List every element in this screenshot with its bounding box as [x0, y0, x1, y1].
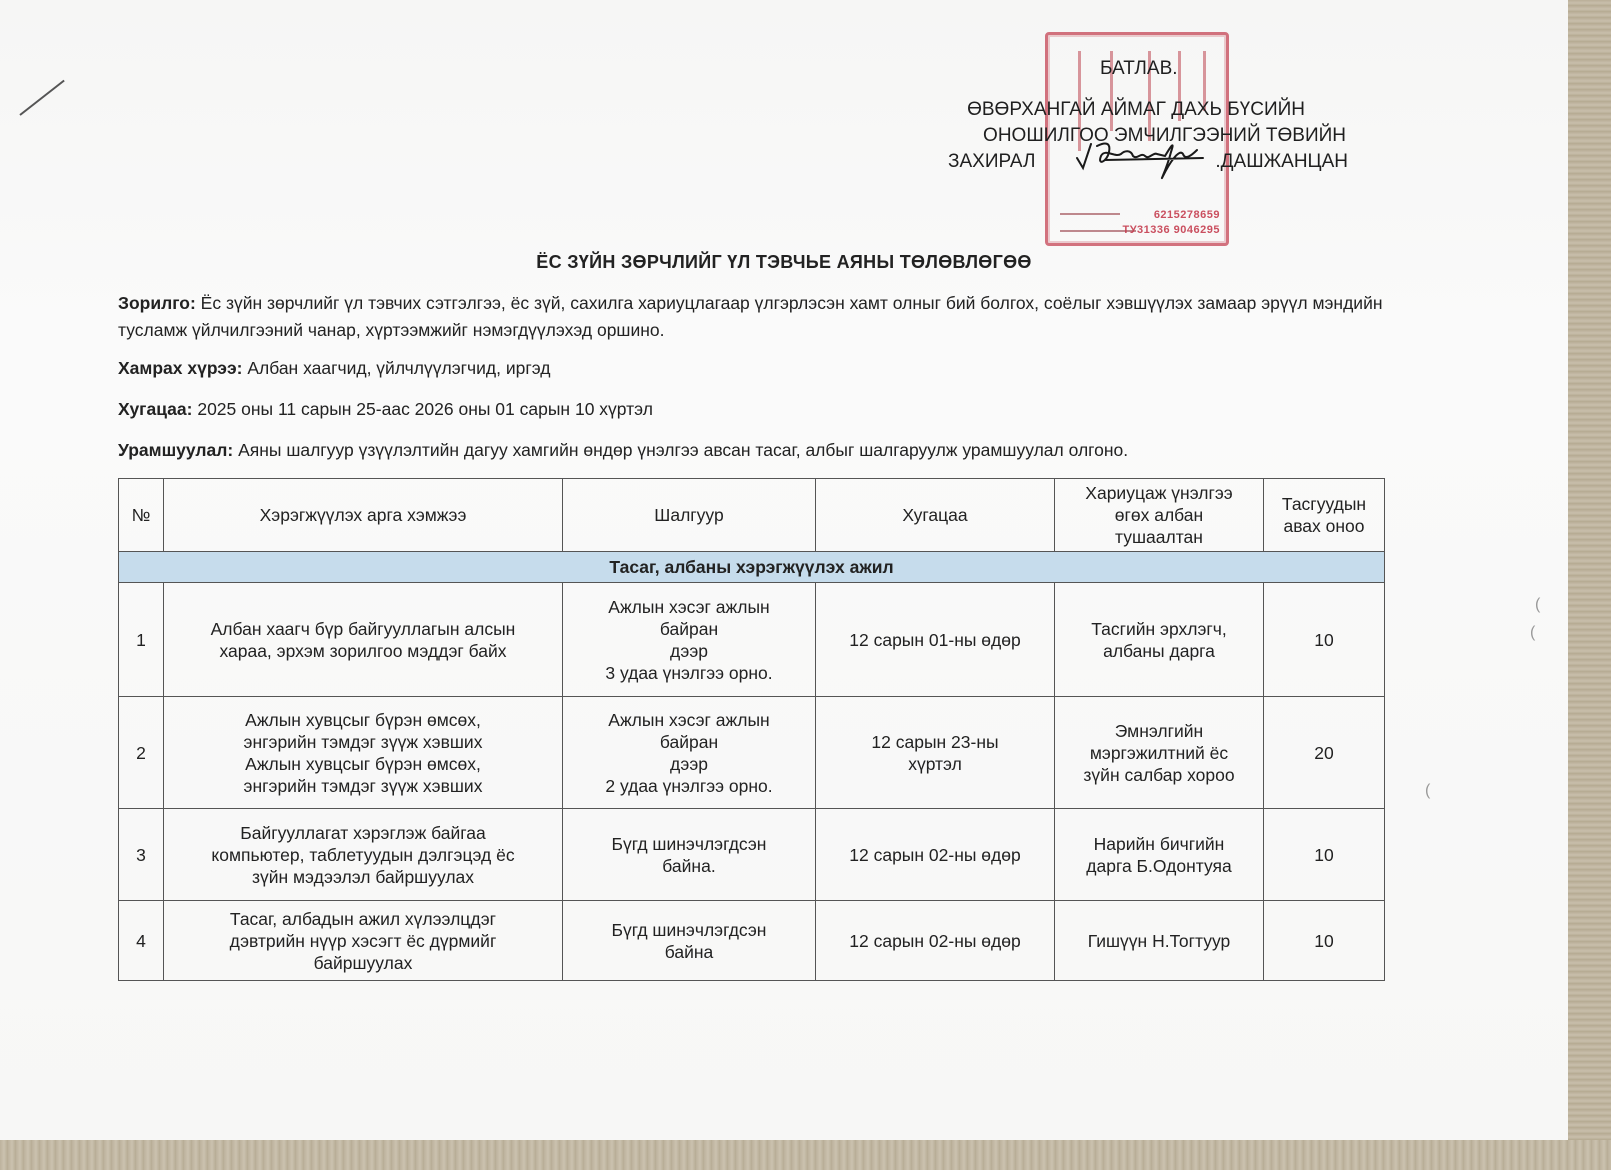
header-no: № [119, 479, 164, 552]
document-title: ЁС ЗҮЙН ЗӨРЧЛИЙГ ҮЛ ТЭВЧЬЕ АЯНЫ ТӨЛӨВЛӨГ… [0, 252, 1568, 273]
reward-text: Аяны шалгуур үзүүлэлтийн дагуу хамгийн ө… [233, 440, 1128, 460]
table-header-row: № Хэрэгжүүлэх арга хэмжээ Шалгуур Хугаца… [119, 479, 1385, 552]
scope-paragraph: Хамрах хүрээ: Албан хаагчид, үйлчлүүлэгч… [118, 355, 1398, 382]
signature-icon [1075, 138, 1210, 186]
stamp-number: 6215278659 [1154, 209, 1220, 221]
period-paragraph: Хугацаа: 2025 оны 11 сарын 25-аас 2026 о… [118, 396, 1398, 423]
paper-edge-bottom [0, 1140, 1611, 1170]
approval-position: ЗАХИРАЛ [948, 148, 1035, 176]
approval-org-line1: ӨВӨРХАНГАЙ АЙМАГ ДАХЬ БҮСИЙН [967, 96, 1305, 124]
table-row: 2 Ажлын хувцсыг бүрэн өмсөх, энгэрийн тэ… [119, 697, 1385, 809]
cell-no: 4 [119, 901, 164, 981]
cell-criteria: Бүгд шинэчлэгдсэн байна. [563, 809, 816, 901]
paper-edge-right [1568, 0, 1611, 1170]
pen-stroke-mark [19, 80, 64, 116]
stray-pen-mark: ( [1535, 596, 1540, 614]
cell-deadline: 12 сарын 01-ны өдөр [816, 583, 1055, 697]
reward-paragraph: Урамшуулал: Аяны шалгуур үзүүлэлтийн даг… [118, 437, 1398, 464]
cell-score: 20 [1264, 697, 1385, 809]
stamp-number: ТУ31336 9046295 [1122, 224, 1220, 236]
scope-text: Албан хаагчид, үйлчлүүлэгчид, иргэд [242, 358, 550, 378]
cell-responsible: Тасгийн эрхлэгч, албаны дарга [1055, 583, 1264, 697]
cell-no: 3 [119, 809, 164, 901]
approval-label: БАТЛАВ. [1100, 55, 1178, 83]
action-plan-table: № Хэрэгжүүлэх арга хэмжээ Шалгуур Хугаца… [118, 478, 1385, 981]
stray-pen-mark: ( [1530, 624, 1535, 642]
table-row: 4 Тасаг, албадын ажил хүлээлцдэг дэвтрий… [119, 901, 1385, 981]
cell-responsible: Гишүүн Н.Тогтуур [1055, 901, 1264, 981]
section-title: Тасаг, албаны хэрэгжүүлэх ажил [119, 552, 1385, 583]
cell-responsible: Эмнэлгийн мэргэжилтний ёс зүйн салбар хо… [1055, 697, 1264, 809]
cell-score: 10 [1264, 809, 1385, 901]
cell-action: Байгууллагат хэрэглэж байгаа компьютер, … [164, 809, 563, 901]
cell-score: 10 [1264, 901, 1385, 981]
cell-action: Ажлын хувцсыг бүрэн өмсөх, энгэрийн тэмд… [164, 697, 563, 809]
header-deadline: Хугацаа [816, 479, 1055, 552]
header-criteria: Шалгуур [563, 479, 816, 552]
cell-deadline: 12 сарын 02-ны өдөр [816, 901, 1055, 981]
cell-deadline: 12 сарын 23-ны хүртэл [816, 697, 1055, 809]
goal-paragraph: Зорилго: Ёс зүйн зөрчлийг үл тэвчих сэтг… [118, 290, 1398, 344]
period-label: Хугацаа: [118, 399, 192, 419]
cell-criteria: Ажлын хэсэг ажлын байран дээр 3 удаа үнэ… [563, 583, 816, 697]
approval-name: .ДАШЖАНЦАН [1215, 148, 1348, 176]
cell-action: Албан хаагч бүр байгууллагын алсын хараа… [164, 583, 563, 697]
cell-criteria: Бүгд шинэчлэгдсэн байна [563, 901, 816, 981]
cell-no: 1 [119, 583, 164, 697]
header-score: Тасгуудын авах оноо [1264, 479, 1385, 552]
cell-no: 2 [119, 697, 164, 809]
period-text: 2025 оны 11 сарын 25-аас 2026 оны 01 сар… [192, 399, 652, 419]
stamp-underline [1060, 213, 1120, 215]
cell-score: 10 [1264, 583, 1385, 697]
goal-text: Ёс зүйн зөрчлийг үл тэвчих сэтгэлгээ, ёс… [118, 293, 1383, 340]
cell-criteria: Ажлын хэсэг ажлын байран дээр 2 удаа үнэ… [563, 697, 816, 809]
table-row: 3 Байгууллагат хэрэглэж байгаа компьютер… [119, 809, 1385, 901]
goal-label: Зорилго: [118, 293, 196, 313]
header-responsible: Хариуцаж үнэлгээ өгөх албан тушаалтан [1055, 479, 1264, 552]
cell-responsible: Нарийн бичгийн дарга Б.Одонтуяа [1055, 809, 1264, 901]
section-row: Тасаг, албаны хэрэгжүүлэх ажил [119, 552, 1385, 583]
cell-deadline: 12 сарын 02-ны өдөр [816, 809, 1055, 901]
stray-pen-mark: ( [1425, 782, 1430, 800]
cell-action: Тасаг, албадын ажил хүлээлцдэг дэвтрийн … [164, 901, 563, 981]
reward-label: Урамшуулал: [118, 440, 233, 460]
table-row: 1 Албан хаагч бүр байгууллагын алсын хар… [119, 583, 1385, 697]
scope-label: Хамрах хүрээ: [118, 358, 242, 378]
document-page: 6215278659 ТУ31336 9046295 БАТЛАВ. ӨВӨРХ… [0, 0, 1568, 1140]
header-action: Хэрэгжүүлэх арга хэмжээ [164, 479, 563, 552]
